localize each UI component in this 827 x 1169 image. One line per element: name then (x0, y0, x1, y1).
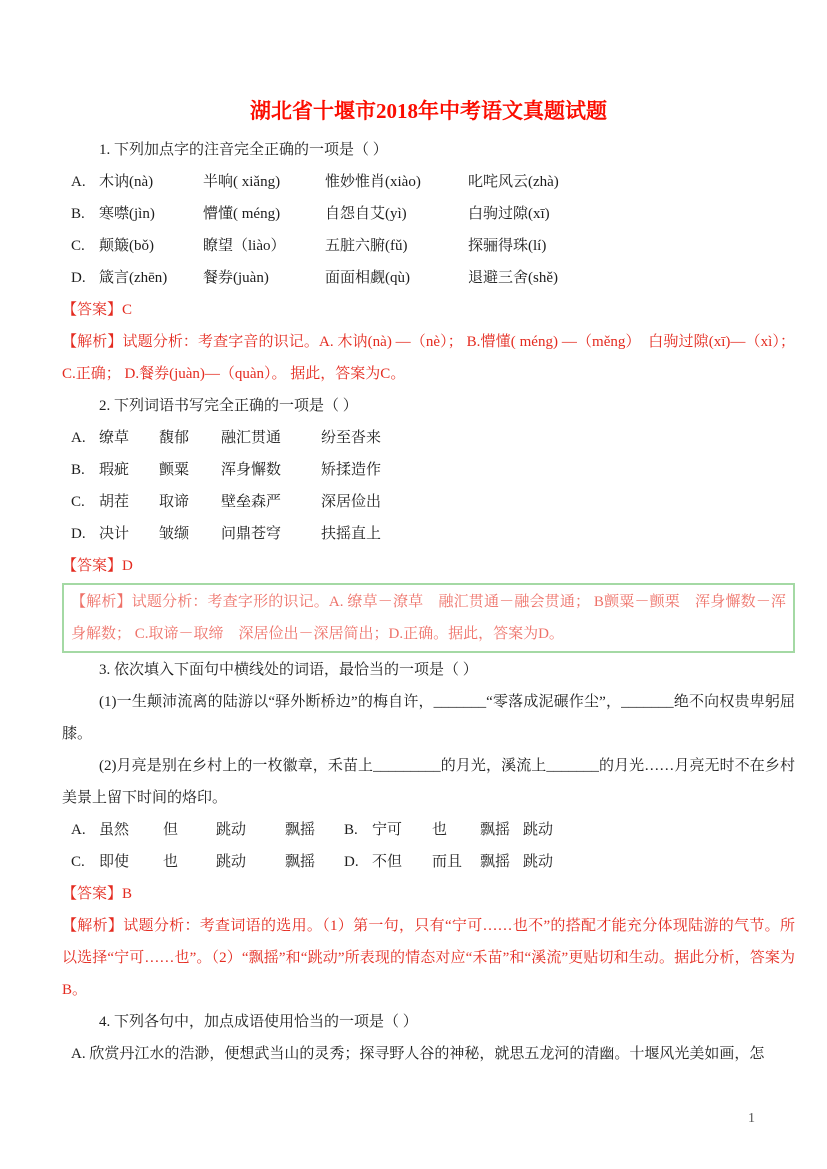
q3-stem: 3. 依次填入下面句中横线处的词语，最恰当的一项是（ ） (62, 654, 795, 686)
option-item: 瑕疵 (99, 454, 159, 486)
option-item: 虽然 (99, 814, 163, 846)
option-item: 餐券(juàn) (203, 262, 325, 294)
option-item: 面面相觑(qù) (325, 262, 468, 294)
q2-option-c: C. 胡茬 取谛 壁垒森严 深居俭出 (62, 486, 795, 518)
option-item: 而且 (432, 846, 480, 878)
q4-option-a: A. 欣赏丹江水的浩渺，便想武当山的灵秀；探寻野人谷的神秘，就思五龙河的清幽。十… (62, 1038, 795, 1070)
q1-stem: 1. 下列加点字的注音完全正确的一项是（ ） (62, 134, 795, 166)
option-item: 决计 (99, 518, 159, 550)
page-number: 1 (748, 1111, 755, 1127)
option-item: 即使 (99, 846, 163, 878)
option-item: 探骊得珠(lí) (468, 230, 546, 262)
option-item: 宁可 (372, 814, 432, 846)
option-label: B. (71, 454, 99, 486)
q3-analysis: 【解析】试题分析：考查词语的选用。（1）第一句，只有“宁可……也不”的搭配才能充… (62, 910, 795, 1006)
option-item: 惟妙惟肖(xiào) (325, 166, 468, 198)
option-item: 也 (163, 846, 216, 878)
q1-answer: 【答案】C (62, 294, 795, 326)
document-page: 湖北省十堰市2018年中考语文真题试题 1. 下列加点字的注音完全正确的一项是（… (0, 0, 827, 1169)
option-label: A. (71, 422, 99, 454)
option-item: 扶摇直上 (321, 518, 381, 550)
option-label: D. (344, 846, 372, 878)
q1-option-a: A. 木讷(nà) 半响( xiǎng) 惟妙惟肖(xiào) 叱咤风云(zhà… (62, 166, 795, 198)
option-item: 皱缬 (159, 518, 221, 550)
option-item: 跳动 (523, 814, 553, 846)
q4-stem: 4. 下列各句中，加点成语使用恰当的一项是（ ） (62, 1006, 795, 1038)
option-item: 飘摇 (480, 846, 523, 878)
option-item: 矫揉造作 (321, 454, 381, 486)
q3-sentence-1: (1)一生颠沛流离的陆游以“驿外断桥边”的梅自许，_______“零落成泥碾作尘… (62, 686, 795, 750)
option-label: C. (71, 846, 99, 878)
q2-option-a: A. 缭草 馥郁 融汇贯通 纷至沓来 (62, 422, 795, 454)
q2-stem: 2. 下列词语书写完全正确的一项是（ ） (62, 390, 795, 422)
option-item: 瞭望（liào） (203, 230, 325, 262)
option-item: 不但 (372, 846, 432, 878)
option-item: 跳动 (216, 846, 285, 878)
option-item: 取谛 (159, 486, 221, 518)
q3-sentence-2: (2)月亮是别在乡村上的一枚徽章，禾苗上_________的月光，溪流上____… (62, 750, 795, 814)
option-item: 寒噤(jìn) (99, 198, 203, 230)
option-item: 五脏六腑(fǔ) (325, 230, 468, 262)
option-item: 木讷(nà) (99, 166, 203, 198)
option-item: 退避三舍(shě) (468, 262, 558, 294)
option-item: 自怨自艾(yì) (325, 198, 468, 230)
option-item: 飘摇 (285, 846, 344, 878)
document-content: 湖北省十堰市2018年中考语文真题试题 1. 下列加点字的注音完全正确的一项是（… (62, 94, 795, 1070)
option-label: A. (71, 166, 99, 198)
option-item: 颤粟 (159, 454, 221, 486)
option-item: 跳动 (523, 846, 553, 878)
option-item: 纷至沓来 (321, 422, 381, 454)
option-label: D. (71, 262, 99, 294)
option-item: 也 (432, 814, 480, 846)
option-item: 箴言(zhēn) (99, 262, 203, 294)
option-item: 浑身懈数 (221, 454, 321, 486)
q2-answer: 【答案】D (62, 550, 795, 582)
option-item: 缭草 (99, 422, 159, 454)
option-label: B. (71, 198, 99, 230)
option-item: 但 (163, 814, 216, 846)
option-item: 飘摇 (285, 814, 344, 846)
option-item: 跳动 (216, 814, 285, 846)
q3-answer: 【答案】B (62, 878, 795, 910)
option-item: 颠簸(bǒ) (99, 230, 203, 262)
option-item: 白驹过隙(xī) (468, 198, 550, 230)
option-item: 飘摇 (480, 814, 523, 846)
option-item: 叱咤风云(zhà) (468, 166, 559, 198)
option-item: 懵懂( méng) (203, 198, 325, 230)
option-item: 馥郁 (159, 422, 221, 454)
q2-option-b: B. 瑕疵 颤粟 浑身懈数 矫揉造作 (62, 454, 795, 486)
option-label: D. (71, 518, 99, 550)
option-item: 问鼎苍穹 (221, 518, 321, 550)
option-label: A. (71, 814, 99, 846)
q1-option-d: D. 箴言(zhēn) 餐券(juàn) 面面相觑(qù) 退避三舍(shě) (62, 262, 795, 294)
option-item: 半响( xiǎng) (203, 166, 325, 198)
q3-option-row-cd: C. 即使 也 跳动 飘摇 D. 不但 而且 飘摇 跳动 (62, 846, 795, 878)
option-label: B. (344, 814, 372, 846)
option-item: 融汇贯通 (221, 422, 321, 454)
q1-option-b: B. 寒噤(jìn) 懵懂( méng) 自怨自艾(yì) 白驹过隙(xī) (62, 198, 795, 230)
q1-option-c: C. 颠簸(bǒ) 瞭望（liào） 五脏六腑(fǔ) 探骊得珠(lí) (62, 230, 795, 262)
q2-analysis-box: 【解析】试题分析：考查字形的识记。A. 缭草－潦草 融汇贯通－融会贯通； B颤粟… (62, 583, 795, 653)
q1-analysis: 【解析】试题分析：考查字音的识记。A. 木讷(nà) —（nè）； B.懵懂( … (62, 326, 795, 390)
option-item: 胡茬 (99, 486, 159, 518)
option-item: 深居俭出 (321, 486, 381, 518)
page-title: 湖北省十堰市2018年中考语文真题试题 (62, 94, 795, 128)
q2-analysis: 【解析】试题分析：考查字形的识记。A. 缭草－潦草 融汇贯通－融会贯通； B颤粟… (71, 586, 786, 650)
q2-option-d: D. 决计 皱缬 问鼎苍穹 扶摇直上 (62, 518, 795, 550)
option-item: 壁垒森严 (221, 486, 321, 518)
q3-option-row-ab: A. 虽然 但 跳动 飘摇 B. 宁可 也 飘摇 跳动 (62, 814, 795, 846)
option-label: C. (71, 486, 99, 518)
option-label: C. (71, 230, 99, 262)
